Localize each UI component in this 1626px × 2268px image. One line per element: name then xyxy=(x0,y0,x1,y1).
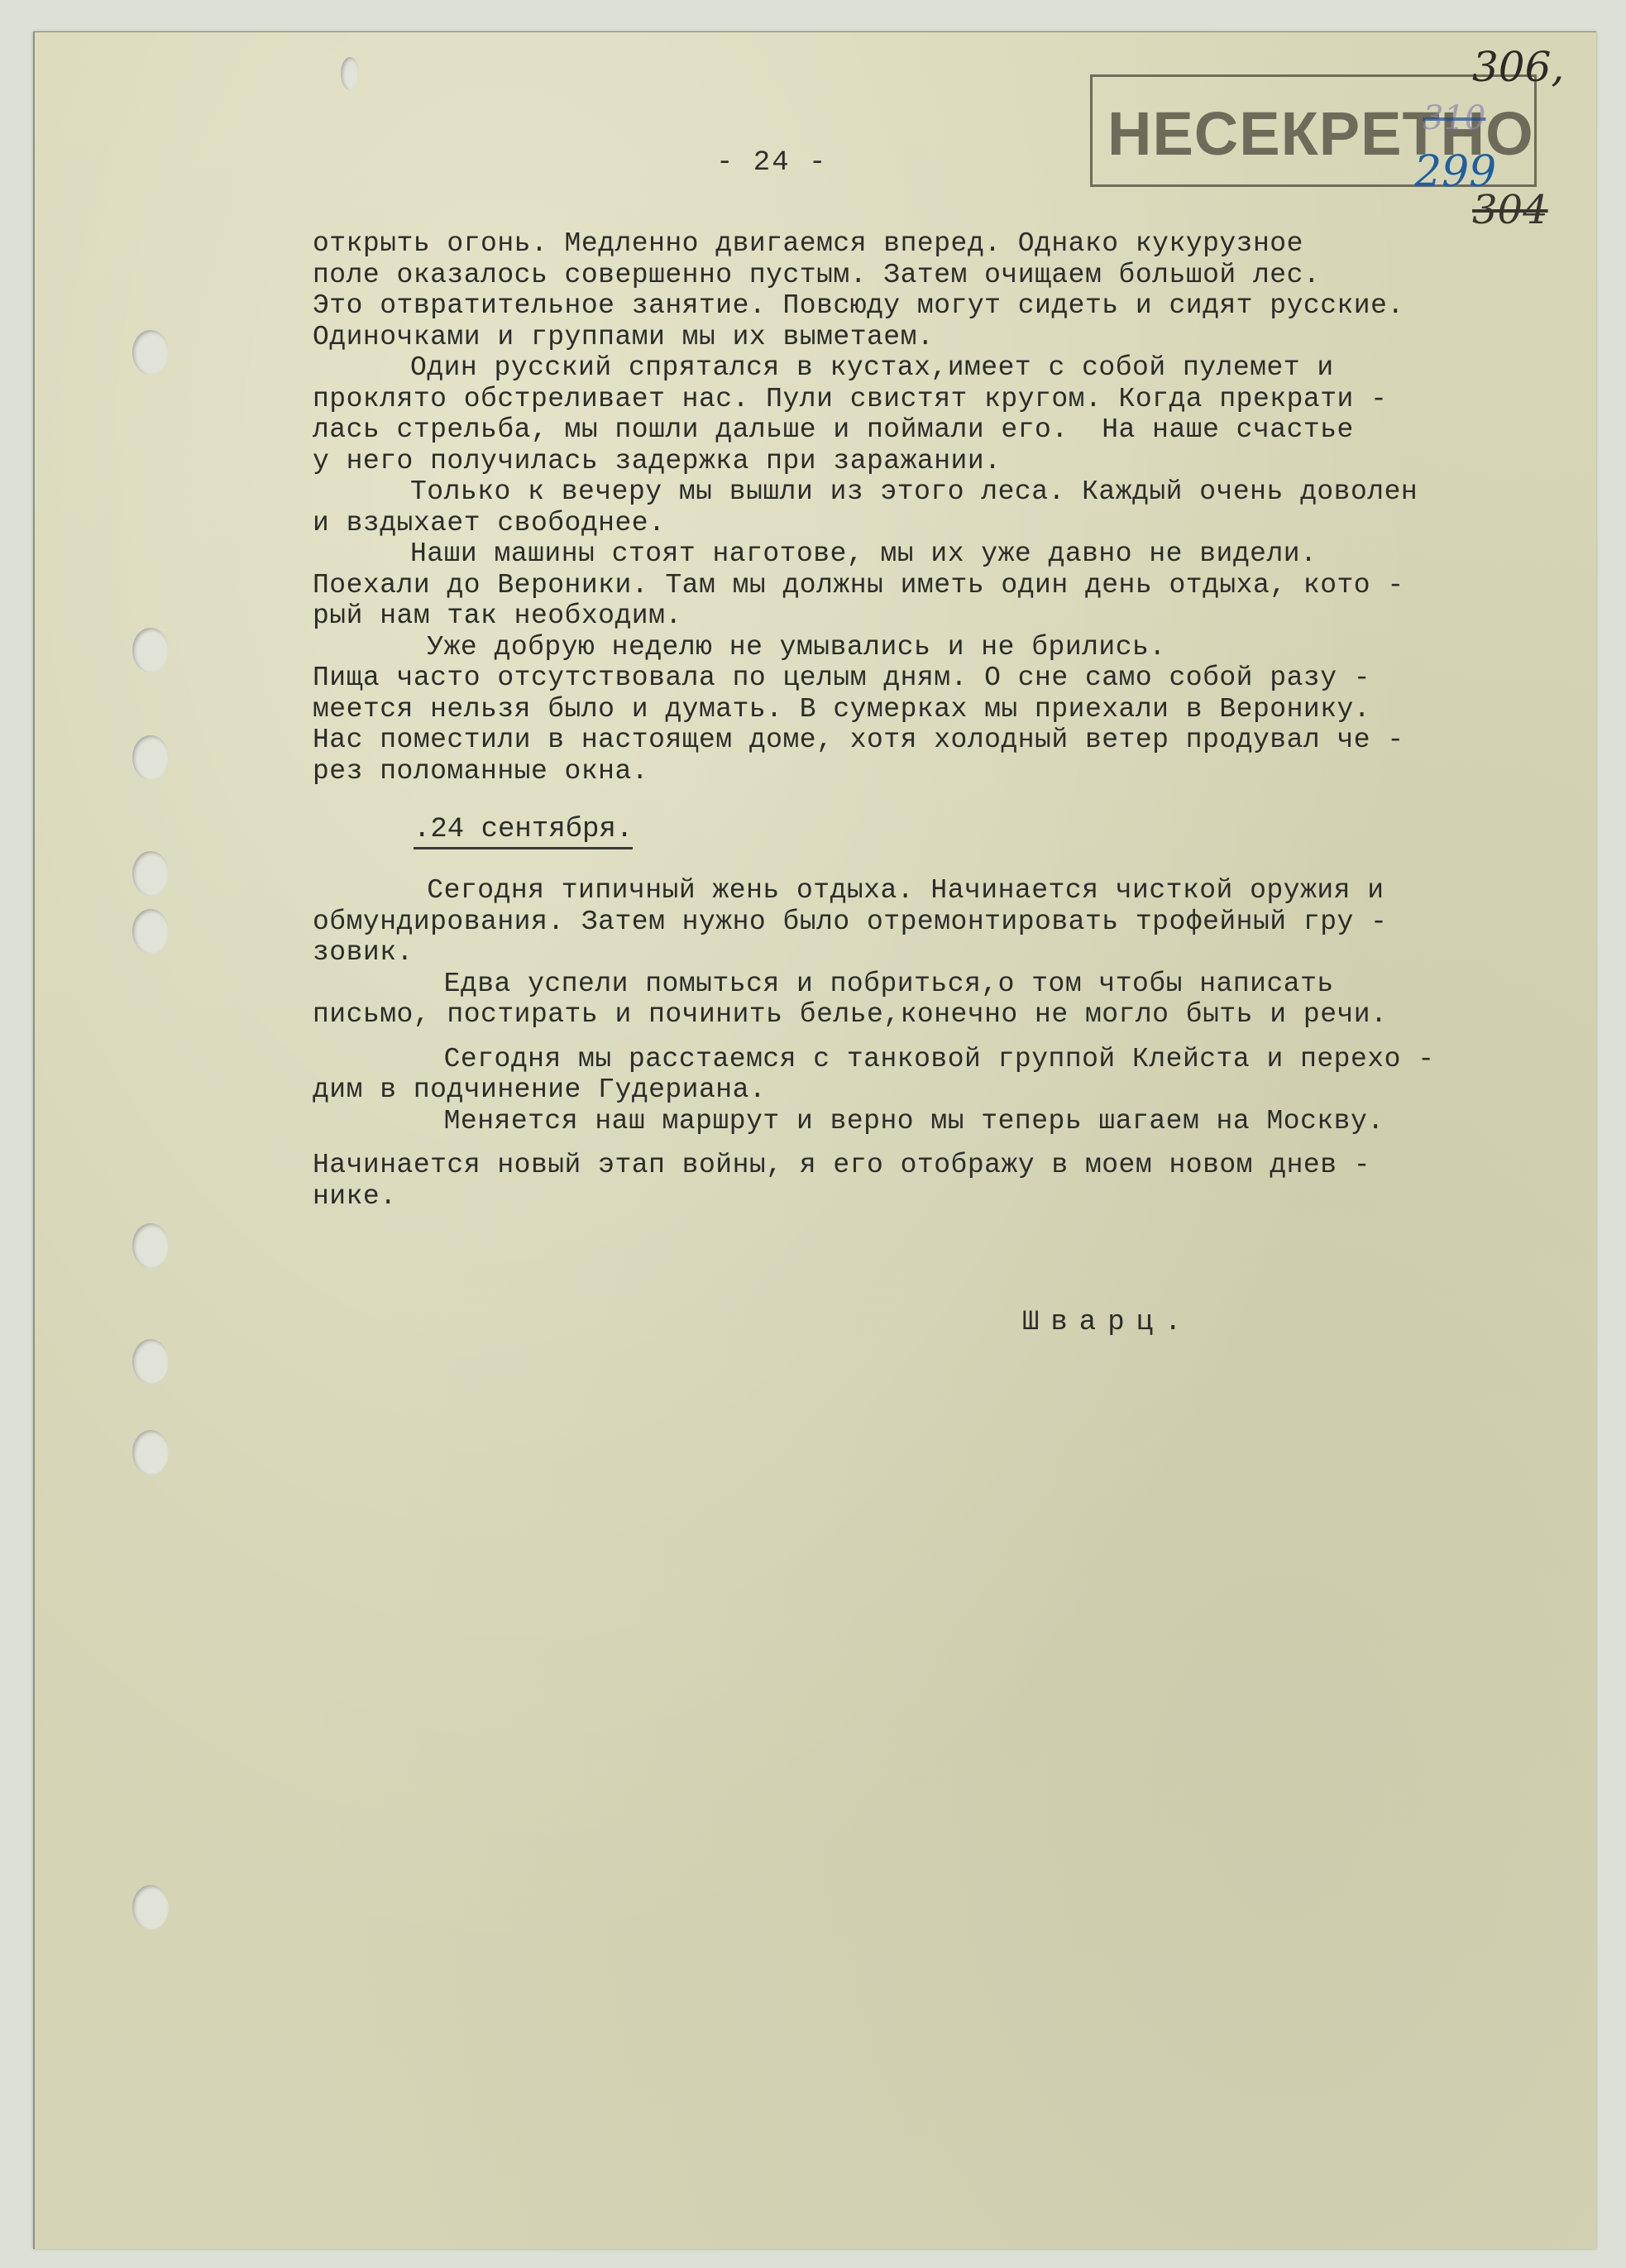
text-line: обмундирования. Затем нужно было отремон… xyxy=(313,907,1586,938)
text-line: открыть огонь. Медленно двигаемся вперед… xyxy=(313,228,1586,260)
text-line: Это отвратительное занятие. Повсюду могу… xyxy=(313,290,1586,322)
punch-hole xyxy=(132,1885,169,1930)
text-line: Поехали до Вероники. Там мы должны иметь… xyxy=(313,570,1586,601)
text-line: дим в подчинение Гудериана. xyxy=(313,1074,1586,1106)
punch-hole xyxy=(132,1430,169,1475)
text-line: нике. xyxy=(313,1181,1586,1213)
text-line: Сегодня типичный жень отдыха. Начинается… xyxy=(313,875,1586,907)
archive-number-current: 306, xyxy=(1472,43,1564,91)
body-text-part2: Сегодня типичный жень отдыха. Начинается… xyxy=(313,875,1586,1212)
text-line: Нас поместили в настоящем доме, хотя хол… xyxy=(313,725,1586,756)
text-line: Один русский спрятался в кустах,имеет с … xyxy=(313,352,1586,384)
punch-hole xyxy=(132,909,169,954)
date-heading: .24 сентября. xyxy=(414,814,633,849)
text-line: Пища часто отсутствовала по целым дням. … xyxy=(313,663,1586,694)
archive-number-crossed-faded: 310 xyxy=(1423,99,1485,137)
punch-hole xyxy=(132,1339,169,1384)
text-line: и вздыхает свободнее. xyxy=(313,508,1586,539)
text-line: поле оказалось совершенно пустым. Затем … xyxy=(313,260,1586,291)
text-line: письмо, постирать и починить белье,конеч… xyxy=(313,999,1586,1031)
text-line: Меняется наш маршрут и верно мы теперь ш… xyxy=(313,1106,1586,1137)
text-line: Уже добрую неделю не умывались и не брил… xyxy=(313,632,1586,663)
text-line: у него получилась задержка при заражании… xyxy=(313,446,1586,477)
text-line: Наши машины стоят наготове, мы их уже да… xyxy=(313,538,1586,570)
page-number: - 24 - xyxy=(716,147,827,179)
punch-hole xyxy=(132,330,169,375)
text-line: зовик. xyxy=(313,937,1586,969)
text-line: Начинается новый этап войны, я его отобр… xyxy=(313,1150,1586,1181)
text-line: Только к вечеру мы вышли из этого леса. … xyxy=(313,476,1586,508)
punch-hole xyxy=(132,851,169,896)
text-line: Сегодня мы расстаемся с танковой группой… xyxy=(313,1044,1586,1075)
text-line: Одиночками и группами мы их выметаем. xyxy=(313,322,1586,353)
paper-tear-mark xyxy=(341,57,359,90)
text-line: Едва успели помыться и побриться,о том ч… xyxy=(313,969,1586,1000)
text-line: меется нельзя было и думать. В сумерках … xyxy=(313,694,1586,725)
body-text-part1: открыть огонь. Медленно двигаемся вперед… xyxy=(313,228,1586,787)
signature: Шварц. xyxy=(1022,1307,1193,1338)
paragraph-gap xyxy=(313,1031,1586,1044)
punch-hole xyxy=(132,1223,169,1268)
text-line: лась стрельба, мы пошли дальше и поймали… xyxy=(313,414,1586,446)
text-line: рый нам так необходим. xyxy=(313,600,1586,632)
archive-number-crossed-old: 304 xyxy=(1472,187,1548,233)
text-line: рез поломанные окна. xyxy=(313,756,1586,787)
paragraph-gap xyxy=(313,1136,1586,1150)
punch-hole xyxy=(132,735,169,780)
text-line: проклято обстреливает нас. Пули свистят … xyxy=(313,384,1586,415)
punch-hole xyxy=(132,628,169,672)
